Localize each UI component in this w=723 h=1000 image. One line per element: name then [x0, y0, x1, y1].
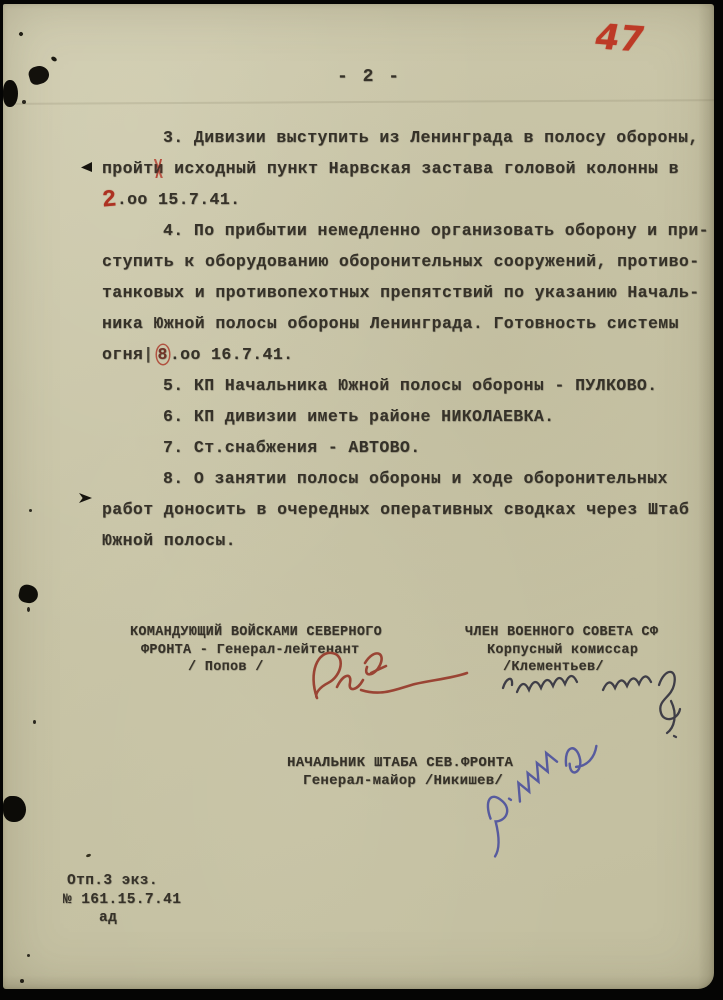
typed-text: Южной полосы. — [102, 531, 236, 550]
text-line: ступить к оборудованию оборонительных со… — [102, 246, 708, 277]
typed-text: ника Южной полосы обороны Ленинграда. Го… — [102, 314, 679, 333]
ink-speck — [50, 56, 57, 63]
text-line: 3. Дивизии выступить из Ленинграда в пол… — [102, 122, 708, 153]
scanned-document-page: - 2 - 47 3. Дивизии выступить из Ленингр… — [0, 0, 723, 1000]
paragraph: 8. О занятии полосы обороны и ходе оборо… — [102, 463, 708, 556]
ink-speck — [86, 853, 92, 858]
paper-sheet: - 2 - 47 3. Дивизии выступить из Ленингр… — [3, 4, 714, 989]
page-number: - 2 - — [337, 67, 401, 87]
signatory-title: КОМАНДУЮЩИЙ ВОЙСКАМИ СЕВЕРНОГО — [130, 624, 382, 642]
typed-text: ступить к оборудованию оборонительных со… — [102, 252, 700, 271]
ink-speck — [33, 720, 36, 724]
document-body: 3. Дивизии выступить из Ленинграда в пол… — [102, 122, 708, 556]
typed-text: 7. Ст.снабжения - АВТОВО. — [163, 438, 421, 457]
typed-text: 6. КП дивизии иметь районе НИКОЛАЕВКА. — [163, 407, 554, 426]
copies-note: Отп.3 экз. — [63, 872, 181, 891]
text-line: 7. Ст.снабжения - АВТОВО. — [102, 432, 708, 463]
correction-overwritten: и — [154, 159, 164, 178]
text-line: огня|8.оо 16.7.41. — [102, 339, 708, 370]
correction-red_hand: 2 — [102, 200, 117, 201]
text-line: 4. По прибытии немедленно организовать о… — [102, 215, 708, 246]
text-line: 6. КП дивизии иметь районе НИКОЛАЕВКА. — [102, 401, 708, 432]
ink-speck — [18, 31, 24, 37]
paragraph: 3. Дивизии выступить из Ленинграда в пол… — [102, 122, 708, 215]
typist-imprint-block: Отп.3 экз. № 161.15.7.41 ад — [63, 872, 181, 928]
text-line: пройти исходный пункт Нарвская застава г… — [102, 153, 708, 184]
hole-punch-mark — [3, 796, 26, 822]
typed-text: огня — [102, 345, 143, 364]
text-line: 2.оо 15.7.41. — [102, 184, 708, 215]
popov-handwritten-signature — [301, 642, 476, 714]
typed-text: исходный пункт Нарвская застава головой … — [164, 159, 679, 178]
typed-text: 8. О занятии полосы обороны и ходе оборо… — [163, 469, 668, 488]
paper-crease — [11, 99, 714, 105]
typed-text: .оо 15.7.41. — [117, 190, 241, 209]
typed-text: пройт — [102, 159, 154, 178]
typed-text: работ доносить в очередных оперативных с… — [102, 500, 689, 519]
ink-speck — [27, 607, 30, 612]
margin-arrow-mark — [81, 162, 92, 172]
ink-speck — [22, 100, 26, 104]
nikishev-handwritten-signature — [455, 726, 630, 841]
correction-red_circle: 8 — [157, 345, 169, 364]
text-line: работ доносить в очередных оперативных с… — [102, 494, 708, 525]
text-line: 8. О занятии полосы обороны и ходе оборо… — [102, 463, 708, 494]
ink-speck — [27, 954, 30, 957]
paragraph: 6. КП дивизии иметь районе НИКОЛАЕВКА. — [102, 401, 708, 432]
typist-initials: ад — [63, 909, 181, 928]
typed-text: 5. КП Начальника Южной полосы обороны - … — [163, 376, 657, 395]
ink-speck — [20, 979, 24, 983]
typed-text: танковых и противопехотных препятствий п… — [102, 283, 700, 302]
ink-blot — [27, 64, 51, 87]
ink-speck — [29, 509, 32, 512]
correction-stray: | — [143, 345, 153, 364]
text-line: ника Южной полосы обороны Ленинграда. Го… — [102, 308, 708, 339]
paragraph: 5. КП Начальника Южной полосы обороны - … — [102, 370, 708, 401]
text-line: 5. КП Начальника Южной полосы обороны - … — [102, 370, 708, 401]
typed-text: .оо 16.7.41. — [170, 345, 294, 364]
margin-arrow-mark — [79, 493, 92, 503]
text-line: Южной полосы. — [102, 525, 708, 556]
typed-text: 4. По прибытии немедленно организовать о… — [163, 221, 709, 240]
edge-blot — [3, 80, 18, 107]
document-number-date: № 161.15.7.41 — [63, 891, 181, 910]
folio-number-red-pencil: 47 — [591, 21, 648, 59]
text-line: танковых и противопехотных препятствий п… — [102, 277, 708, 308]
signatory-title: ЧЛЕН ВОЕННОГО СОВЕТА СФ — [465, 624, 658, 642]
typed-text: 3. Дивизии выступить из Ленинграда в пол… — [163, 128, 699, 147]
paragraph: 7. Ст.снабжения - АВТОВО. — [102, 432, 708, 463]
hole-punch-mark — [17, 583, 39, 605]
paragraph: 4. По прибытии немедленно организовать о… — [102, 215, 708, 370]
